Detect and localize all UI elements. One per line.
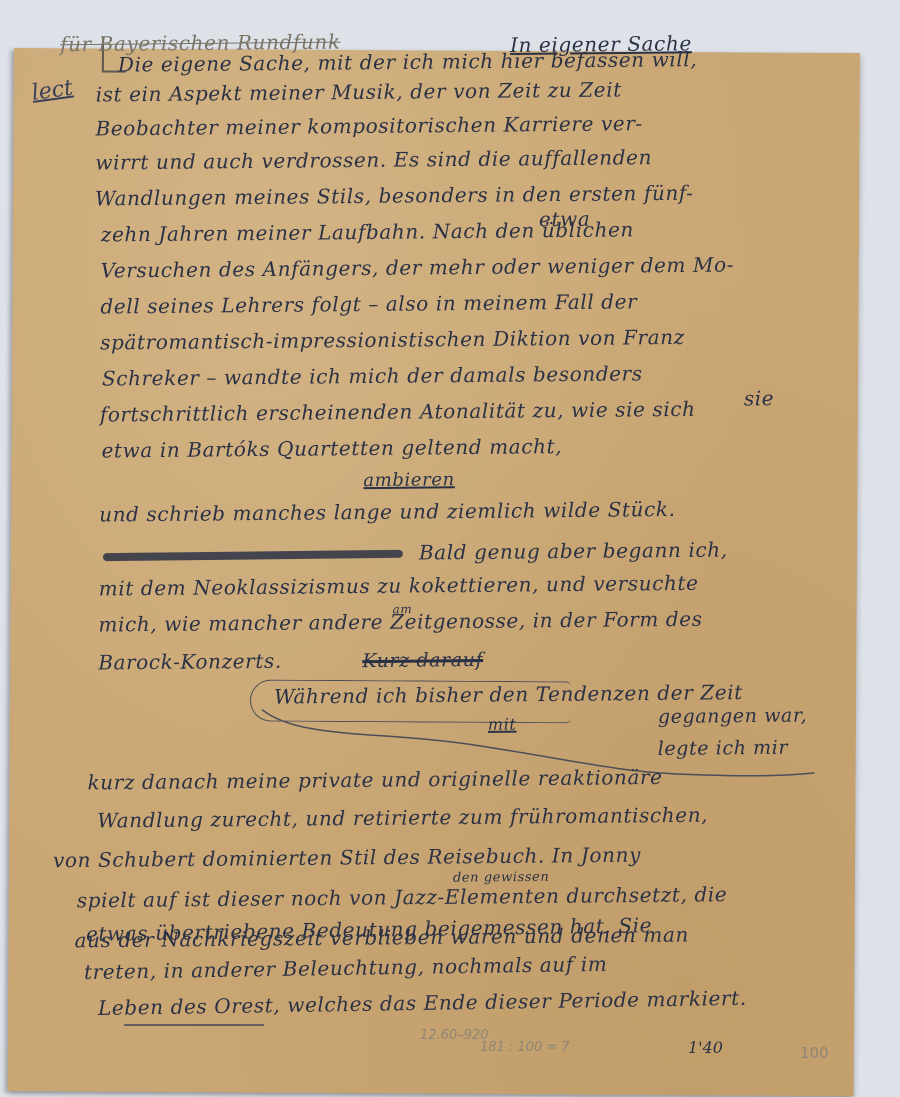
footer-page-number: 100 [800, 1044, 829, 1062]
footer-ink-number: 1'40 [688, 1038, 723, 1057]
manuscript-final-lines: etwas übertriebene Bedeutung beigemessen… [0, 0, 900, 1097]
line-25: treten, in anderer Beleuchtung, nochmals… [84, 952, 608, 984]
line-26: Leben des Orest, welches das Ende dieser… [98, 986, 747, 1020]
line-24: etwas übertriebene Bedeutung beigemessen… [86, 913, 652, 946]
underline-stroke [124, 1024, 264, 1026]
footer-pencil-calc-2: 181 : 100 = 7 [480, 1040, 570, 1055]
footer-pencil-calc-1: 12.60–920 [420, 1028, 489, 1043]
